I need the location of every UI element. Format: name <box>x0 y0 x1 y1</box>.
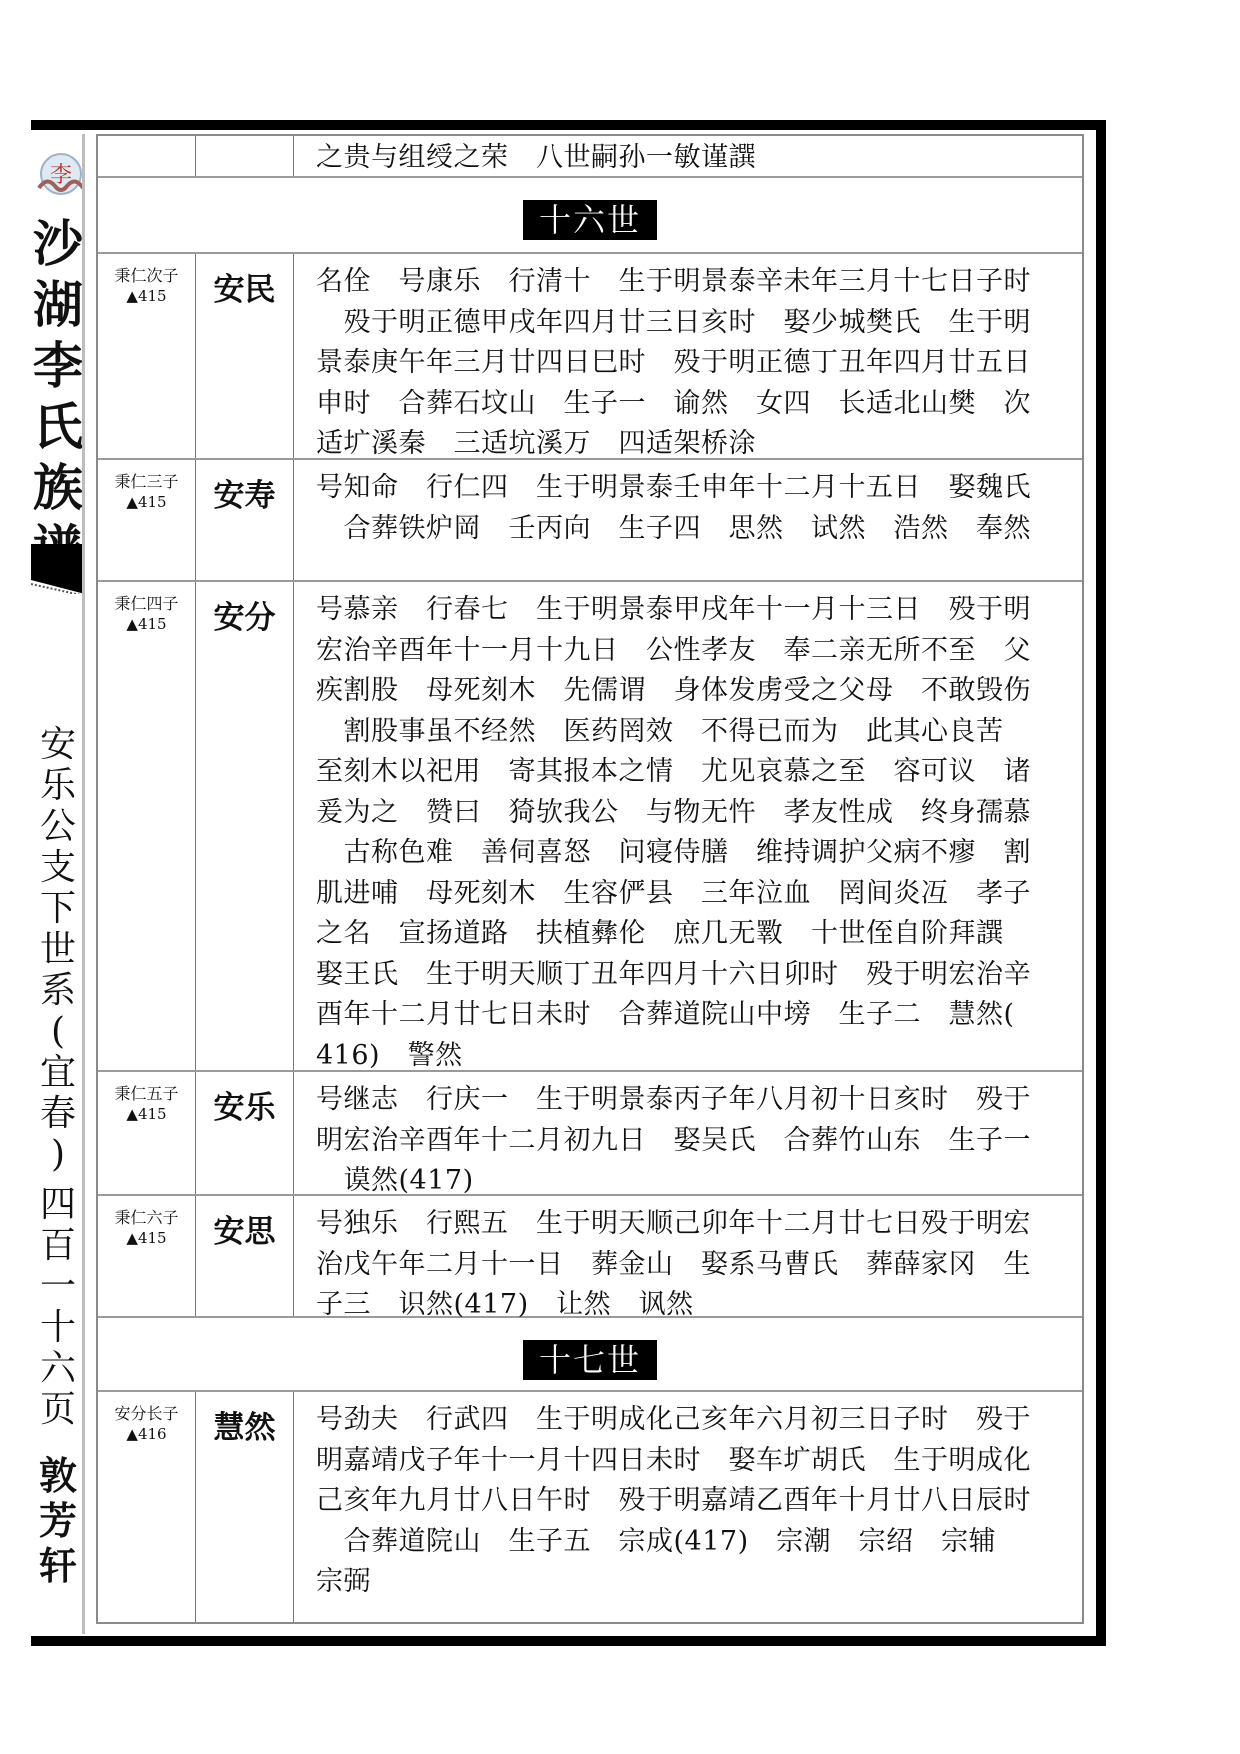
page-ref: ▲415 <box>98 286 195 306</box>
person-name: 安寿 <box>196 460 294 580</box>
generation-header: 十七世 <box>98 1318 1082 1392</box>
spine-divider-block <box>31 544 85 594</box>
person-name: 安乐 <box>196 1072 294 1194</box>
person-entry: 秉仁五子 ▲415 安乐 号继志 行庆一 生于明景泰丙子年八月初十日亥时 殁于明… <box>98 1072 1082 1196</box>
branch-subtitle: 安 乐 公 支 下 世 系 ( 宜 春 ) <box>31 724 85 1175</box>
genealogy-table: 之贵与组绶之荣 八世嗣孙一敏谨譔 十六世 秉仁次子 ▲415 安民 名佺 号康乐… <box>96 134 1084 1624</box>
generation-label: 十七世 <box>523 1340 657 1380</box>
continuation-text: 之贵与组绶之荣 八世嗣孙一敏谨譔 <box>294 136 1082 176</box>
person-name: 安思 <box>196 1196 294 1316</box>
person-name: 慧然 <box>196 1392 294 1622</box>
page-ref: ▲416 <box>98 1424 195 1444</box>
relation-cell: 秉仁三子 ▲415 <box>98 460 196 580</box>
relation-cell: 秉仁四子 ▲415 <box>98 582 196 1070</box>
page-number: 四 百 一 十 六 页 <box>31 1184 85 1430</box>
person-entry: 秉仁三子 ▲415 安寿 号知命 行仁四 生于明景泰壬申年十二月十五日 娶魏氏 … <box>98 460 1082 582</box>
person-entry: 安分长子 ▲416 慧然 号劲夫 行武四 生于明成化己亥年六月初三日子时 殁于明… <box>98 1392 1082 1622</box>
person-biography: 号慕亲 行春七 生于明景泰甲戌年十一月十三日 殁于明宏治辛酉年十一月十九日 公性… <box>294 582 1082 1070</box>
svg-text:李: 李 <box>50 163 72 188</box>
book-title: 沙 湖 李 氏 族 谱 <box>31 214 85 580</box>
person-biography: 号劲夫 行武四 生于明成化己亥年六月初三日子时 殁于明嘉靖戊子年十一月十四日未时… <box>294 1392 1082 1622</box>
relation-cell: 秉仁六子 ▲415 <box>98 1196 196 1316</box>
hall-name: 敦 芳 轩 <box>31 1454 85 1589</box>
clan-crest-icon: 李 <box>33 148 89 204</box>
page-ref: ▲415 <box>98 1104 195 1124</box>
page-frame-top <box>31 120 1106 130</box>
book-spine: 李 沙 湖 李 氏 族 谱 安 乐 公 支 下 世 系 ( 宜 春 ) 四 百 … <box>31 134 85 1634</box>
person-name: 安民 <box>196 254 294 458</box>
person-biography: 号继志 行庆一 生于明景泰丙子年八月初十日亥时 殁于明宏治辛酉年十二月初九日 娶… <box>294 1072 1082 1194</box>
person-biography: 号知命 行仁四 生于明景泰壬申年十二月十五日 娶魏氏 合葬铁炉岡 壬丙向 生子四… <box>294 460 1082 580</box>
page-ref: ▲415 <box>98 614 195 634</box>
person-biography: 号独乐 行熙五 生于明天顺己卯年十二月廿七日殁于明宏治戊午年二月十一日 葬金山 … <box>294 1196 1082 1316</box>
page-ref: ▲415 <box>98 492 195 512</box>
person-entry: 秉仁四子 ▲415 安分 号慕亲 行春七 生于明景泰甲戌年十一月十三日 殁于明宏… <box>98 582 1082 1072</box>
person-name: 安分 <box>196 582 294 1070</box>
page-frame-bottom <box>31 1636 1106 1646</box>
relation-cell: 安分长子 ▲416 <box>98 1392 196 1622</box>
person-biography: 名佺 号康乐 行清十 生于明景泰辛未年三月十七日子时 殁于明正德甲戌年四月廿三日… <box>294 254 1082 458</box>
person-entry: 秉仁六子 ▲415 安思 号独乐 行熙五 生于明天顺己卯年十二月廿七日殁于明宏治… <box>98 1196 1082 1318</box>
relation-cell: 秉仁五子 ▲415 <box>98 1072 196 1194</box>
continuation-row: 之贵与组绶之荣 八世嗣孙一敏谨譔 <box>98 136 1082 178</box>
generation-label: 十六世 <box>523 200 657 240</box>
page-ref: ▲415 <box>98 1228 195 1248</box>
spine-border <box>82 134 85 1634</box>
page-frame-right <box>1096 120 1106 1646</box>
generation-header: 十六世 <box>98 178 1082 254</box>
person-entry: 秉仁次子 ▲415 安民 名佺 号康乐 行清十 生于明景泰辛未年三月十七日子时 … <box>98 254 1082 460</box>
relation-cell: 秉仁次子 ▲415 <box>98 254 196 458</box>
